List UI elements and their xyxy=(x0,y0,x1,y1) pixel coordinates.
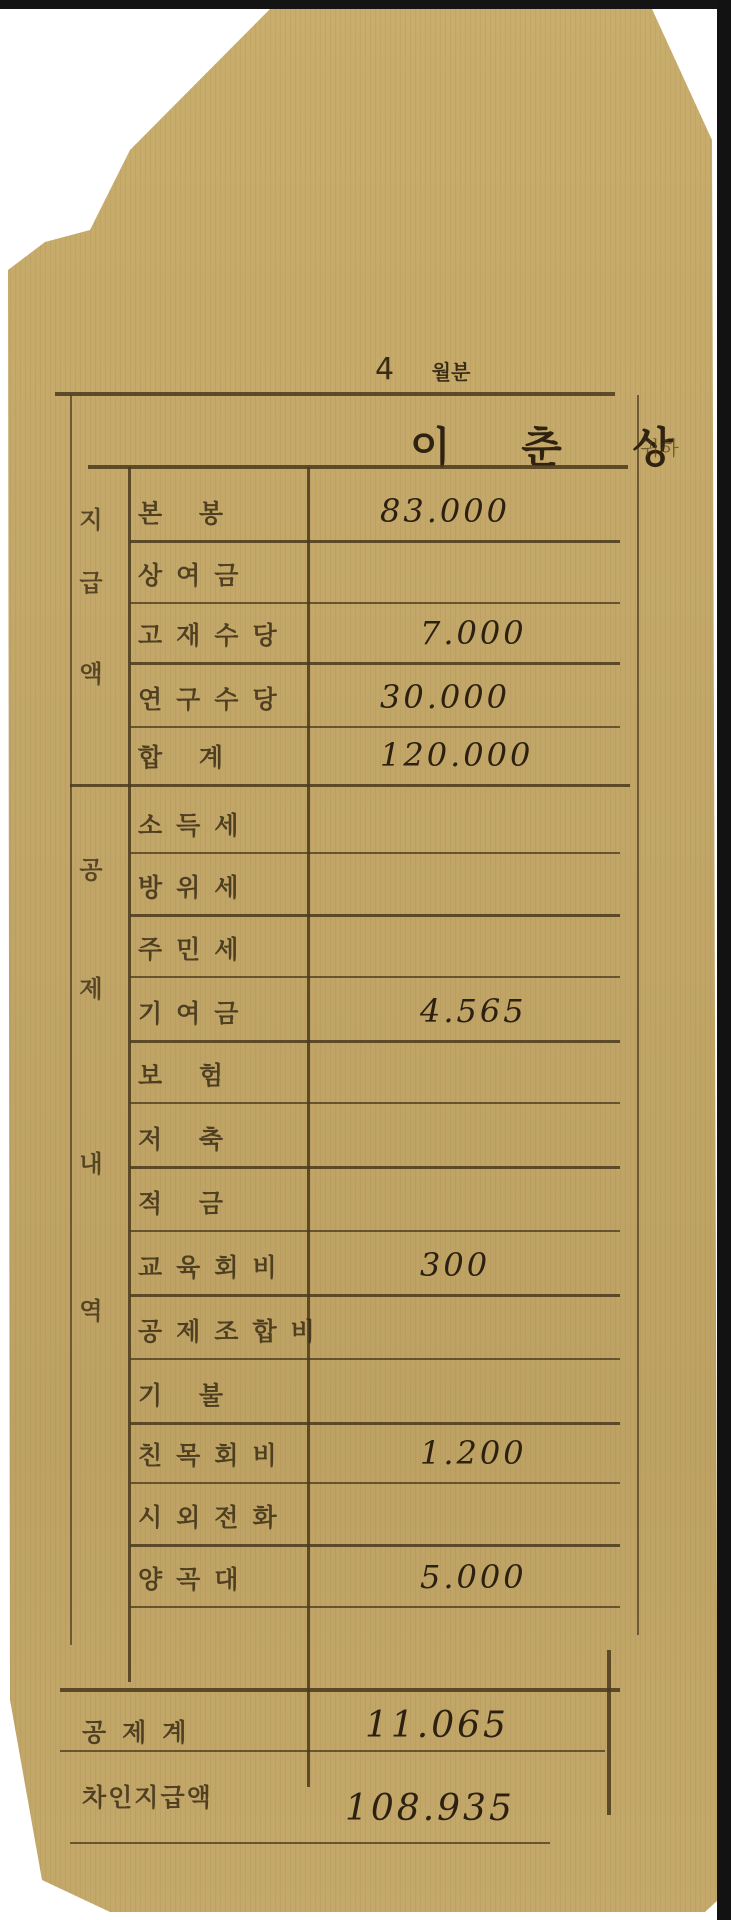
row-divider xyxy=(130,1294,620,1297)
net-pay-label: 차인지급액 xyxy=(82,1778,213,1814)
deduction-item-label: 보 험 xyxy=(138,1056,237,1092)
row-divider xyxy=(130,1166,620,1169)
total-deductions-amount: 11.065 xyxy=(365,1705,509,1746)
deduction-item-label: 양곡대 xyxy=(138,1560,252,1596)
payment-item-label: 고재수당 xyxy=(138,616,291,652)
payment-item-label: 합 계 xyxy=(138,738,237,774)
deduction-item-label: 소득세 xyxy=(138,806,252,842)
deduction-item-label: 기 불 xyxy=(138,1376,237,1412)
rule-name-bottom xyxy=(88,465,628,469)
outer-right-rule xyxy=(637,395,639,1635)
payment-item-amount: 7.000 xyxy=(420,614,527,652)
period-month: 4 xyxy=(375,352,394,387)
row-divider xyxy=(130,1544,620,1547)
deduction-item-label: 친목회비 xyxy=(138,1436,291,1472)
outer-left-rule xyxy=(70,395,72,1645)
payment-item-label: 연구수당 xyxy=(138,680,291,716)
row-divider xyxy=(130,784,630,787)
deduction-item-amount: 5.000 xyxy=(420,1558,527,1596)
total-deductions-label: 공제계 xyxy=(82,1713,202,1749)
pay-period: 4 월분 xyxy=(375,352,470,387)
section-label-payments: 지급액 xyxy=(76,500,106,689)
deduction-item-label: 주민세 xyxy=(138,930,252,966)
row-divider xyxy=(130,1422,620,1425)
scan-frame-right xyxy=(717,0,731,1920)
row-divider xyxy=(130,852,620,854)
rule-totals-bottom xyxy=(70,1842,550,1844)
deduction-item-amount: 300 xyxy=(420,1246,490,1284)
row-divider xyxy=(130,1040,620,1043)
deduction-item-label: 교육회비 xyxy=(138,1248,291,1284)
deduction-item-label: 적 금 xyxy=(138,1184,237,1220)
row-divider xyxy=(130,1358,620,1360)
row-divider xyxy=(130,1102,620,1104)
totals-right-rule xyxy=(607,1650,611,1815)
payment-item-label: 본 봉 xyxy=(138,494,237,530)
rule-totals-mid xyxy=(60,1750,605,1752)
payment-item-label: 상여금 xyxy=(138,556,252,592)
row-divider xyxy=(130,602,620,604)
row-divider xyxy=(130,1482,620,1484)
pay-envelope xyxy=(0,0,731,1920)
scan-frame-top xyxy=(0,0,731,9)
row-divider xyxy=(130,726,620,728)
section-divider xyxy=(70,784,130,787)
section-label-deductions: 공제내역 xyxy=(76,850,106,1326)
deduction-item-label: 저 축 xyxy=(138,1120,237,1156)
deduction-item-label: 시외전화 xyxy=(138,1498,291,1534)
deduction-item-label: 공제조합비 xyxy=(138,1312,329,1348)
row-divider xyxy=(130,540,620,543)
period-suffix: 월분 xyxy=(432,360,471,384)
deduction-item-amount: 1.200 xyxy=(420,1434,527,1472)
rule-totals-top xyxy=(60,1688,620,1692)
row-divider xyxy=(130,1606,620,1608)
net-pay-amount: 108.935 xyxy=(345,1788,515,1829)
deduction-item-label: 방위세 xyxy=(138,868,252,904)
row-divider xyxy=(130,914,620,917)
row-divider xyxy=(130,976,620,978)
payment-item-amount: 30.000 xyxy=(380,678,510,716)
payment-item-amount: 83.000 xyxy=(380,492,510,530)
col-rule-amount xyxy=(307,467,310,1787)
col-rule-label xyxy=(128,467,131,1682)
row-divider xyxy=(130,662,620,665)
deduction-item-label: 기여금 xyxy=(138,994,252,1030)
payment-item-amount: 120.000 xyxy=(380,736,533,774)
row-divider xyxy=(130,1230,620,1232)
recipient-honorific: 귀하 xyxy=(640,432,679,461)
deduction-item-amount: 4.565 xyxy=(420,992,527,1030)
rule-top xyxy=(55,392,615,396)
